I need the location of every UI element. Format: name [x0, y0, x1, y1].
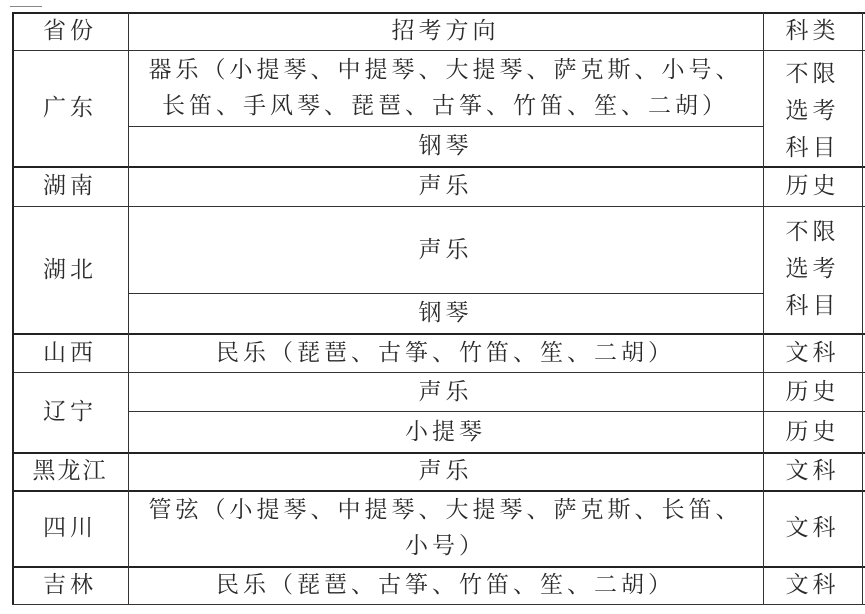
- category-cell: 文科: [763, 452, 862, 490]
- category-line: 不限: [763, 214, 862, 251]
- category-cell: 不限 选考 科目: [763, 56, 862, 166]
- category-cell: 历史: [763, 372, 862, 411]
- header-province: 省份: [12, 12, 128, 50]
- province-cell: 广东: [12, 50, 128, 166]
- direction-cell: 钢琴: [128, 126, 763, 166]
- category-line: 科目: [763, 288, 862, 325]
- direction-cell: 管弦（小提琴、中提琴、大提琴、萨克斯、长笛、 小号）: [128, 492, 763, 566]
- category-line: 选考: [763, 251, 862, 288]
- direction-cell: 声乐: [128, 206, 763, 293]
- row-divider: [12, 50, 865, 51]
- province-cell: 吉林: [12, 566, 128, 604]
- direction-cell: 钢琴: [128, 293, 763, 333]
- table-border-right: [862, 12, 863, 604]
- direction-cell: 声乐: [128, 452, 763, 490]
- direction-cell: 器乐（小提琴、中提琴、大提琴、萨克斯、小号、 长笛、手风琴、琵琶、古筝、竹笛、笙…: [128, 52, 763, 126]
- province-cell: 黑龙江: [12, 452, 128, 490]
- header-direction: 招考方向: [128, 12, 763, 50]
- province-cell: 湖北: [12, 206, 128, 333]
- category-cell: 文科: [763, 490, 862, 566]
- direction-line: 小号）: [128, 528, 763, 564]
- category-line: 科目: [763, 130, 862, 167]
- direction-line: 长笛、手风琴、琵琶、古筝、竹笛、笙、二胡）: [128, 88, 763, 124]
- direction-cell: 民乐（琵琶、古筝、竹笛、笙、二胡）: [128, 333, 763, 372]
- category-cell: 历史: [763, 166, 862, 206]
- category-cell: 文科: [763, 333, 862, 372]
- direction-cell: 声乐: [128, 372, 763, 411]
- province-cell: 辽宁: [12, 372, 128, 452]
- direction-cell: 小提琴: [128, 411, 763, 452]
- direction-cell: 民乐（琵琶、古筝、竹笛、笙、二胡）: [128, 566, 763, 604]
- category-line: 不限: [763, 56, 862, 93]
- category-line: 选考: [763, 93, 862, 130]
- header-category: 科类: [763, 12, 862, 50]
- category-cell: 历史: [763, 411, 862, 452]
- province-cell: 湖南: [12, 166, 128, 206]
- corner-mark: [10, 6, 42, 7]
- category-cell: 不限 选考 科目: [763, 214, 862, 332]
- category-cell: 文科: [763, 566, 862, 604]
- province-cell: 山西: [12, 333, 128, 372]
- table-border-bottom: [12, 604, 865, 605]
- direction-line: 管弦（小提琴、中提琴、大提琴、萨克斯、长笛、: [128, 492, 763, 528]
- province-cell: 四川: [12, 490, 128, 566]
- direction-line: 器乐（小提琴、中提琴、大提琴、萨克斯、小号、: [128, 52, 763, 88]
- direction-cell: 声乐: [128, 166, 763, 206]
